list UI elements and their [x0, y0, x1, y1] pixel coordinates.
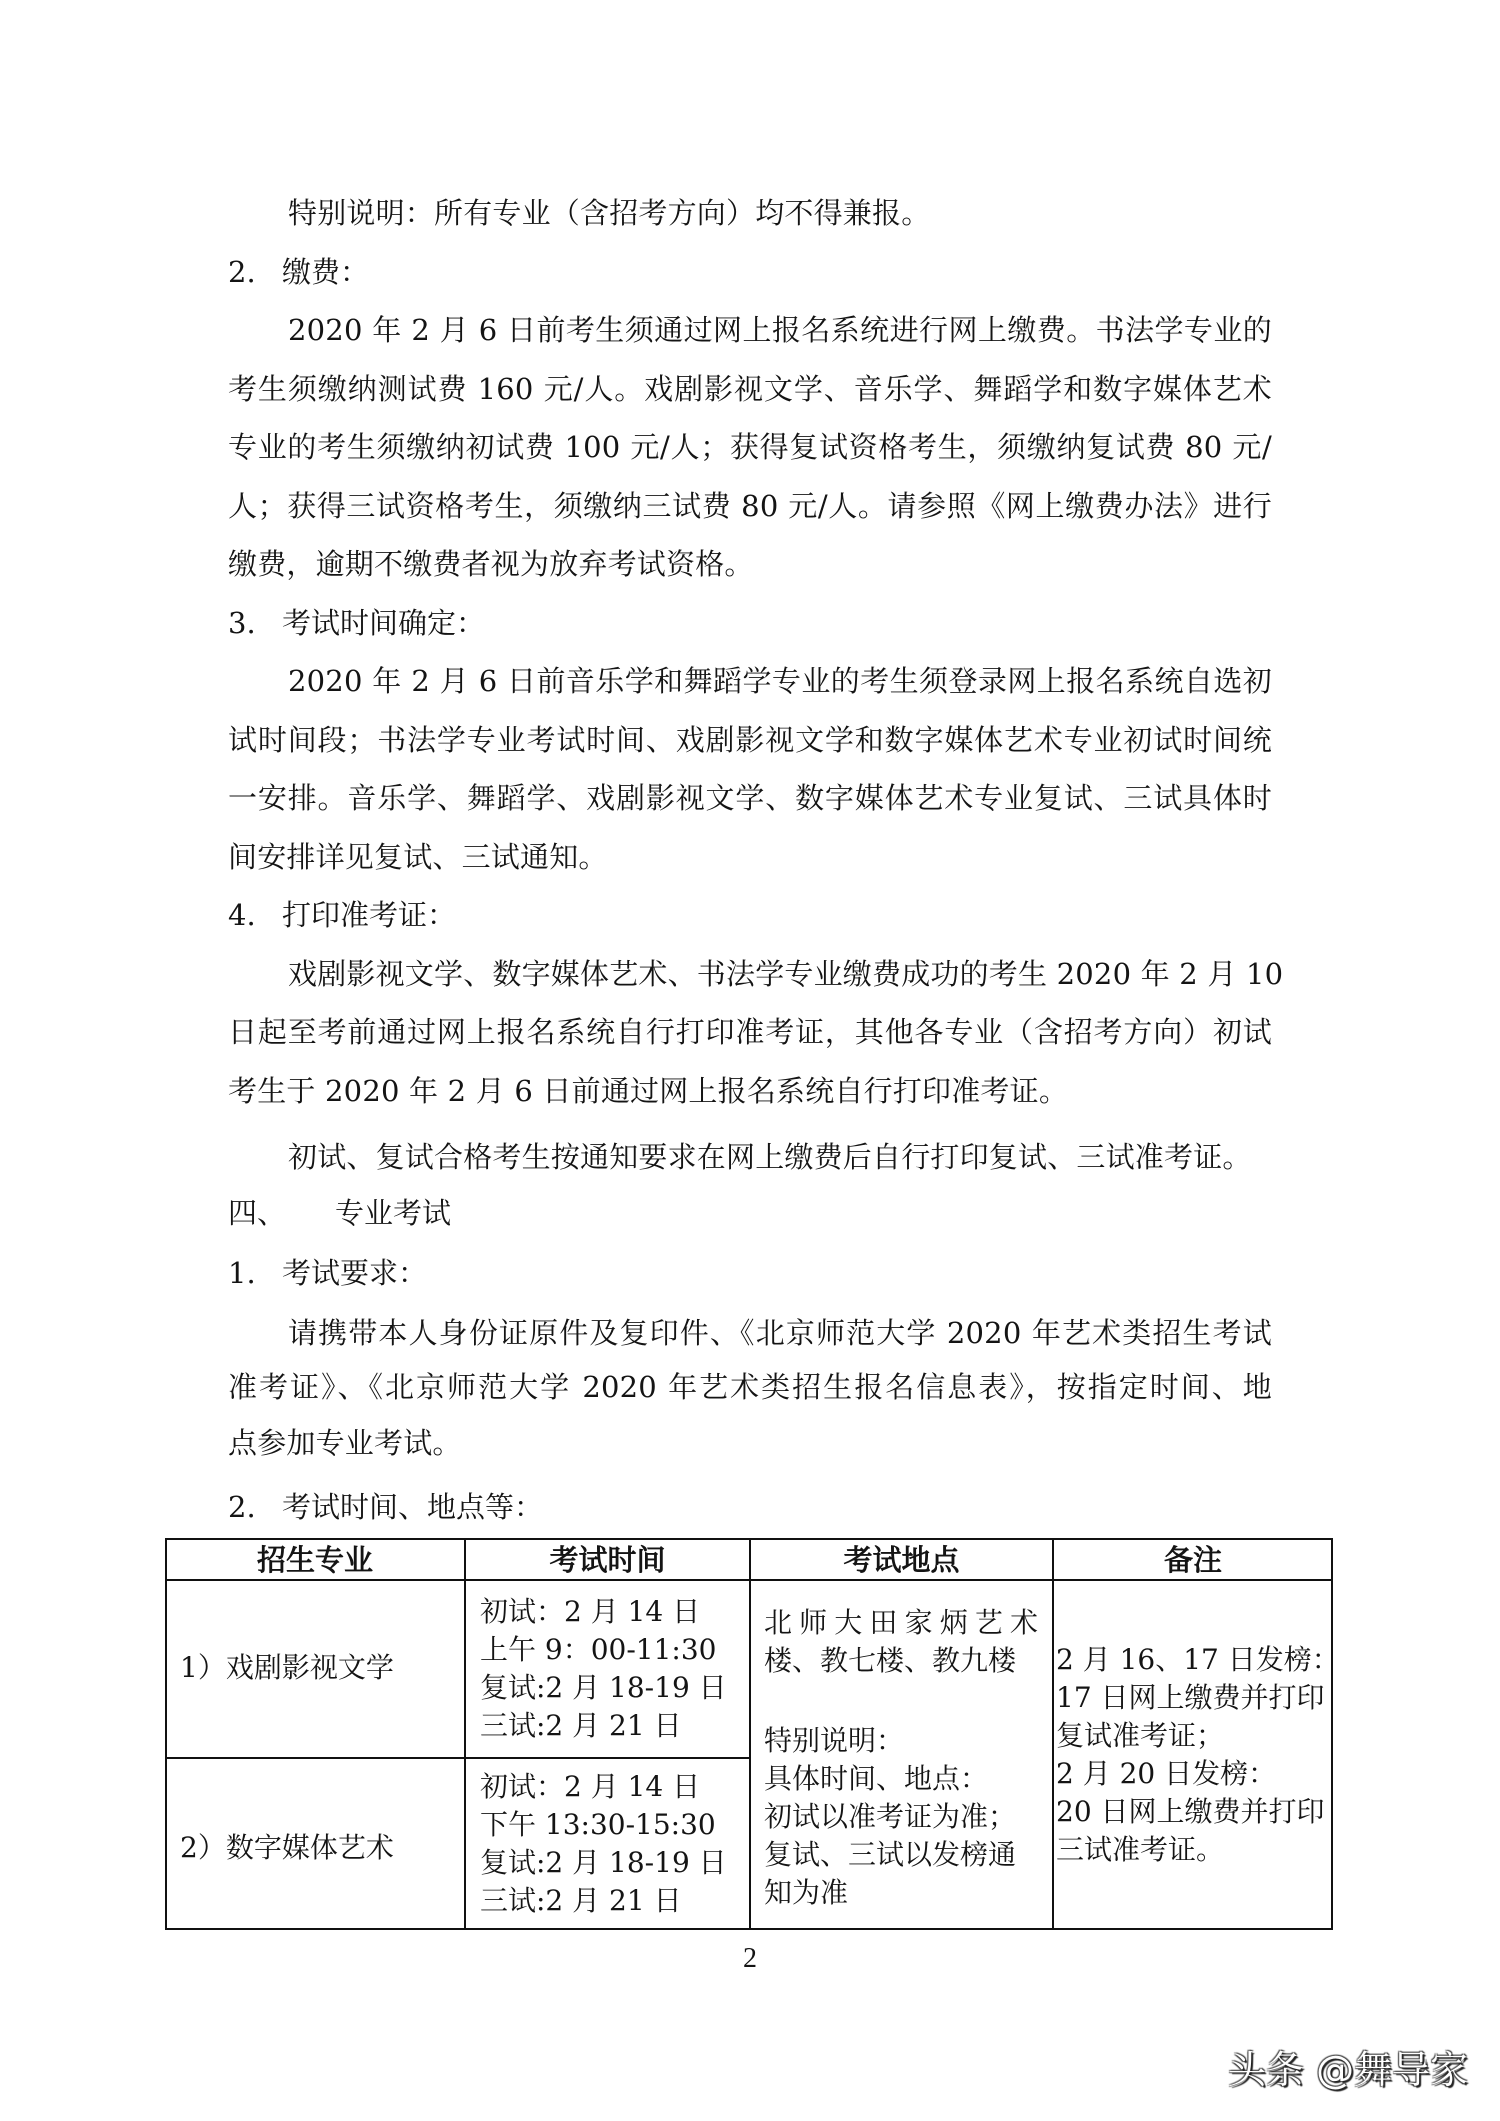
paragraph-line: 请携带本人身份证原件及复印件、《北京师范大学 2020 年艺术类招生考试 [288, 1316, 1272, 1350]
table-cell-remarks: 2 月 16、17 日发榜： 17 日网上缴费并打印 复试准考证； 2 月 20… [1056, 1641, 1340, 1869]
chapter-4-title: 专业考试 [335, 1196, 451, 1230]
watermark: 头条 @舞导家 [1228, 2048, 1468, 2092]
page-number: 2 [740, 1944, 760, 1974]
time-line: 上午 9：00-11:30 [480, 1631, 727, 1669]
location-line: 特别说明： [764, 1722, 1038, 1760]
major-name: 2）数字媒体艺术 [180, 1829, 394, 1867]
paragraph-line: 准考证》、《北京师范大学 2020 年艺术类招生报名信息表》，按指定时间、地 [228, 1370, 1272, 1404]
subsection-2-title: 考试时间、地点等： [282, 1490, 543, 1524]
time-line: 复试:2 月 18-19 日 [480, 1844, 727, 1882]
time-line: 初试：2 月 14 日 [480, 1593, 727, 1631]
section-2-number: 2. [228, 255, 256, 289]
location-line: 复试、三试以发榜通 [764, 1836, 1038, 1874]
table-cell-time: 初试：2 月 14 日 上午 9：00-11:30 复试:2 月 18-19 日… [480, 1593, 727, 1745]
table-cell-major: 2）数字媒体艺术 [180, 1829, 394, 1867]
section-4-title: 打印准考证： [282, 898, 456, 932]
chapter-4-number: 四、 [228, 1196, 286, 1230]
remark-line: 三试准考证。 [1056, 1831, 1340, 1869]
location-line: 初试以准考证为准； [764, 1798, 1038, 1836]
subsection-1-title: 考试要求： [282, 1256, 427, 1290]
paragraph-line: 间安排详见复试、三试通知。 [228, 840, 608, 874]
table-header-location: 考试地点 [750, 1543, 1053, 1577]
table-row-divider [165, 1757, 750, 1759]
location-line: 楼、教七楼、教九楼 [764, 1642, 1038, 1680]
table-col-divider [749, 1538, 751, 1930]
remark-line: 20 日网上缴费并打印 [1056, 1793, 1340, 1831]
paragraph-line: 考生于 2020 年 2 月 6 日前通过网上报名系统自行打印准考证。 [228, 1074, 1068, 1108]
table-col-divider [464, 1538, 466, 1930]
table-header-major: 招生专业 [165, 1543, 465, 1577]
remark-line: 复试准考证； [1056, 1717, 1340, 1755]
table-cell-time: 初试：2 月 14 日 下午 13:30-15:30 复试:2 月 18-19 … [480, 1768, 727, 1920]
paragraph-line: 点参加专业考试。 [228, 1426, 462, 1460]
remark-line: 2 月 20 日发榜： [1056, 1755, 1340, 1793]
location-line: 具体时间、地点： [764, 1760, 1038, 1798]
paragraph-line: 人；获得三试资格考生，须缴纳三试费 80 元/人。请参照《网上缴费办法》进行 [228, 489, 1272, 523]
paragraph-line: 考生须缴纳测试费 160 元/人。戏剧影视文学、音乐学、舞蹈学和数字媒体艺术 [228, 372, 1272, 406]
paragraph-line: 2020 年 2 月 6 日前音乐学和舞蹈学专业的考生须登录网上报名系统自选初 [288, 664, 1272, 698]
location-line-1: 北 师 大 田 家 炳 艺 术 [764, 1604, 1038, 1642]
time-line: 三试:2 月 21 日 [480, 1882, 727, 1920]
paragraph-line: 戏剧影视文学、数字媒体艺术、书法学专业缴费成功的考生 2020 年 2 月 10 [288, 957, 1272, 991]
location-line: 知为准 [764, 1874, 1038, 1912]
section-2-title: 缴费： [282, 255, 369, 289]
section-3-title: 考试时间确定： [282, 606, 485, 640]
time-line: 复试:2 月 18-19 日 [480, 1669, 727, 1707]
paragraph-line: 初试、复试合格考生按通知要求在网上缴费后自行打印复试、三试准考证。 [288, 1140, 1252, 1174]
table-cell-major: 1）戏剧影视文学 [180, 1649, 394, 1687]
time-line: 初试：2 月 14 日 [480, 1768, 727, 1806]
remark-line: 2 月 16、17 日发榜： [1056, 1641, 1340, 1679]
section-3-number: 3. [228, 606, 256, 640]
paragraph-line: 一安排。音乐学、舞蹈学、戏剧影视文学、数字媒体艺术专业复试、三试具体时 [228, 781, 1272, 815]
time-line: 三试:2 月 21 日 [480, 1707, 727, 1745]
table-col-divider [1052, 1538, 1054, 1930]
section-4-number: 4. [228, 898, 256, 932]
subsection-2-number: 2. [228, 1490, 256, 1524]
subsection-1-number: 1. [228, 1256, 256, 1290]
paragraph-line: 试时间段；书法学专业考试时间、戏剧影视文学和数字媒体艺术专业初试时间统 [228, 723, 1272, 757]
special-note: 特别说明：所有专业（含招考方向）均不得兼报。 [288, 196, 930, 230]
table-header-time: 考试时间 [465, 1543, 750, 1577]
location-blank-line [764, 1680, 1038, 1722]
table-header-remarks: 备注 [1053, 1543, 1333, 1577]
table-cell-location: 北 师 大 田 家 炳 艺 术 楼、教七楼、教九楼 特别说明： 具体时间、地点：… [764, 1604, 1038, 1912]
time-line: 下午 13:30-15:30 [480, 1806, 727, 1844]
paragraph-line: 2020 年 2 月 6 日前考生须通过网上报名系统进行网上缴费。书法学专业的 [288, 313, 1272, 347]
remark-line: 17 日网上缴费并打印 [1056, 1679, 1340, 1717]
major-name: 1）戏剧影视文学 [180, 1649, 394, 1687]
paragraph-line: 日起至考前通过网上报名系统自行打印准考证，其他各专业（含招考方向）初试 [228, 1015, 1272, 1049]
paragraph-line: 缴费，逾期不缴费者视为放弃考试资格。 [228, 547, 754, 581]
document-page: 特别说明：所有专业（含招考方向）均不得兼报。 2. 缴费： 2020 年 2 月… [0, 0, 1500, 2121]
paragraph-line: 专业的考生须缴纳初试费 100 元/人；获得复试资格考生，须缴纳复试费 80 元… [228, 430, 1272, 464]
